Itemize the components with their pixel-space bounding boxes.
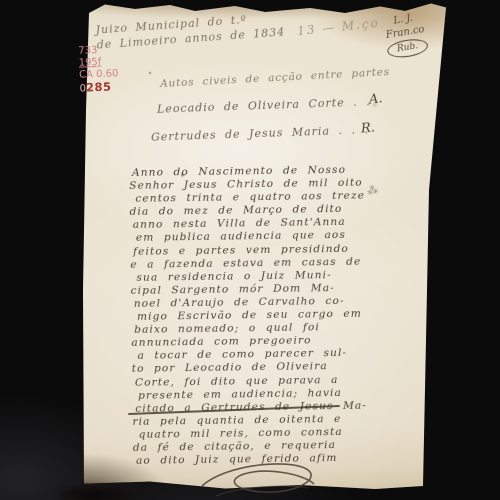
manuscript-scan: Juizo Municipal do t.º de Limoeiro annos… [0,0,500,500]
signature-flourish-icon [196,456,326,500]
defendant-role: R. [360,121,375,137]
archive-stamp-block: 733 195ƒ CA 0.60 0285 [78,44,119,95]
archive-number-4: 0285 [79,80,119,95]
clerk-rubric: L. J. Fran.co Rub. [382,10,430,60]
plaintiff-role: A. [368,91,383,107]
charred-corner [60,468,170,500]
body-text: Anno do Nascimento de Nosso Senhor Jesus… [129,163,401,468]
archive-number-4-bold: 285 [86,80,112,95]
